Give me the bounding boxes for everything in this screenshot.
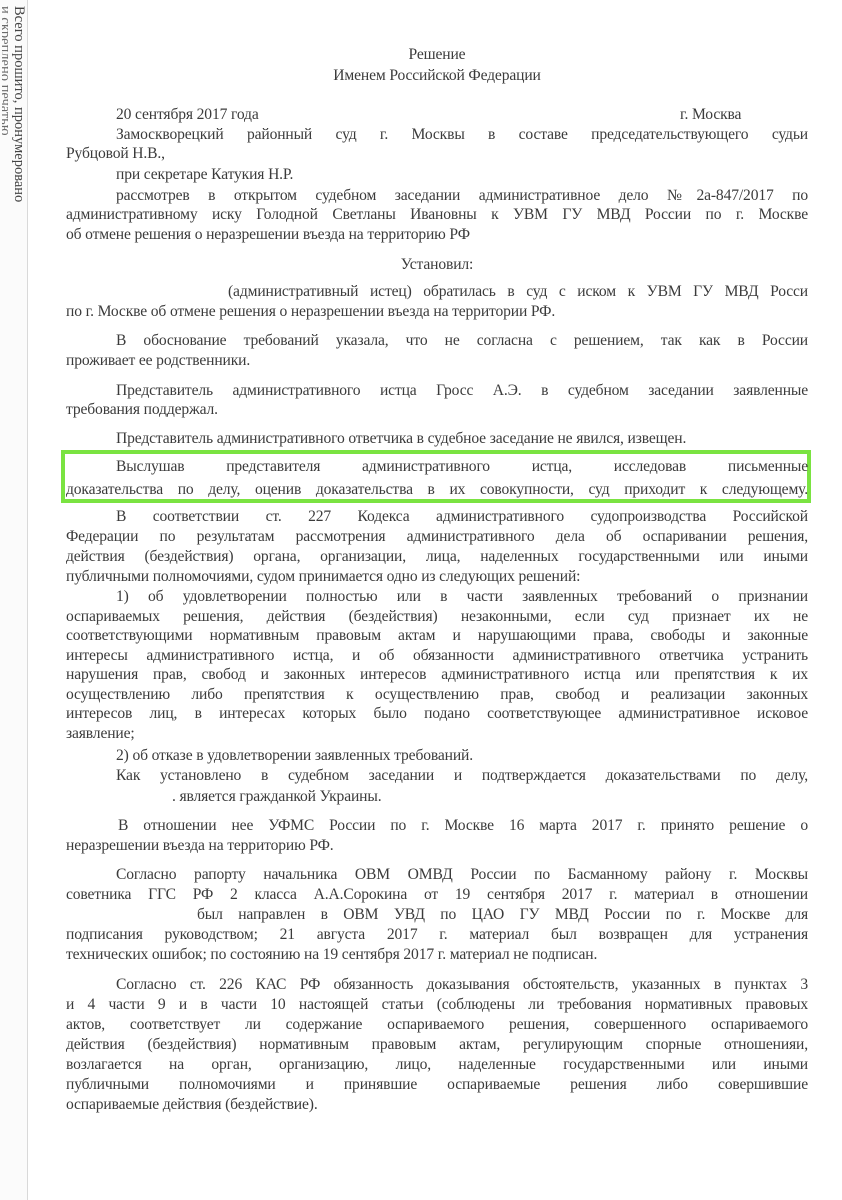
highlighted-line: доказательства по делу, оценив доказател…	[66, 480, 808, 499]
paragraph-line: подписания руководством; 21 августа 2017…	[66, 925, 808, 944]
paragraph-line: публичными полномочиями и принявшие оспа…	[66, 1075, 808, 1094]
decision-date: 20 сентября 2017 года	[116, 105, 259, 124]
intro-line: об отмене решения о неразрешении въезда …	[66, 225, 470, 244]
list-item-line: 2) об отказе в удовлетворении заявленных…	[116, 746, 473, 765]
list-item-line: нарушения прав, свобод и законных интере…	[66, 665, 808, 684]
paragraph-line: Федерации по результатам рассмотрения ад…	[66, 527, 808, 546]
paragraph-line: В соответствии ст. 227 Кодекса администр…	[116, 507, 808, 526]
paragraph-line: проживает ее родственники.	[66, 351, 250, 370]
paragraph-line: и 4 части 9 и в части 10 настоящей стать…	[66, 995, 808, 1014]
paragraph-line: Согласно рапорту начальника ОВМ ОМВД Рос…	[116, 865, 808, 884]
paragraph-line: Как установлено в судебном заседании и п…	[116, 766, 808, 785]
binding-note-line-1: Всего прошито, пронумеровано	[11, 6, 26, 202]
list-item-line: осуществлению либо препятствия к осущест…	[66, 685, 808, 704]
highlighted-line: Выслушав представителя административного…	[116, 457, 808, 476]
paragraph-line: был направлен в ОВМ УВД по ЦАО ГУ МВД Ро…	[197, 905, 808, 924]
paragraph-line: публичными полномочиями, судом принимает…	[66, 567, 580, 586]
paragraph-line: В обоснование требований указала, что не…	[116, 331, 808, 350]
binding-note: Всего прошито, пронумеровано и скреплено…	[2, 6, 26, 336]
list-item-line: интересов лиц, в интересах которых было …	[66, 704, 808, 723]
list-item-line: заявление;	[66, 724, 135, 743]
paragraph-line: Согласно ст. 226 КАС РФ обязанность дока…	[116, 975, 808, 994]
document-title: Решение	[66, 45, 808, 64]
paragraph-line: советника ГГС РФ 2 класса А.А.Сорокина о…	[66, 885, 808, 904]
document-subtitle: Именем Российской Федерации	[66, 66, 808, 85]
paragraph-line: требования поддержал.	[66, 400, 218, 419]
paragraph-line: (административный истец) обратилась в су…	[228, 282, 808, 301]
list-item-line: 1) об удовлетворении полностью или в час…	[116, 587, 808, 606]
paragraph-line: оспариваемые действия (бездействие).	[66, 1095, 318, 1114]
list-item-line: соответствующими нормативным правовым ак…	[66, 626, 808, 645]
paragraph-line: Представитель административного истца Гр…	[116, 381, 808, 400]
intro-line: Замоскворецкий районный суд г. Москвы в …	[116, 125, 808, 144]
paragraph-line: неразрешении въезда на территорию РФ.	[66, 836, 334, 855]
paragraph-line: актов, соответствует ли содержание оспар…	[66, 1015, 808, 1034]
binding-margin: Всего прошито, пронумеровано и скреплено…	[0, 0, 28, 1200]
decision-city: г. Москва	[680, 105, 741, 124]
intro-line: Рубцовой Н.В.,	[66, 144, 165, 163]
paragraph-line: действия (бездействия) органа, организац…	[66, 547, 808, 566]
list-item-line: оспариваемых решения, действия (бездейст…	[66, 607, 808, 626]
paragraph-line: Представитель административного ответчик…	[116, 429, 686, 448]
paragraph-line: действия (бездействия) нормативным право…	[66, 1035, 808, 1054]
binding-note-line-2: и скреплено печатью	[2, 6, 13, 136]
section-heading: Установил:	[66, 255, 808, 274]
intro-line: рассмотрев в открытом судебном заседании…	[116, 186, 808, 205]
paragraph-line: . является гражданкой Украины.	[172, 787, 381, 806]
intro-line: при секретаре Катукия Н.Р.	[116, 165, 293, 184]
paragraph-line: технических ошибок; по состоянию на 19 с…	[66, 945, 597, 964]
intro-line: административному иску Голодной Светланы…	[66, 205, 808, 224]
paragraph-line: В отношении нее УФМС России по г. Москве…	[118, 816, 808, 835]
paragraph-line: возлагается на орган, организацию, лицо,…	[66, 1055, 808, 1074]
list-item-line: интересы административного истца, и об о…	[66, 646, 808, 665]
paragraph-line: по г. Москве об отмене решения о неразре…	[66, 302, 555, 321]
